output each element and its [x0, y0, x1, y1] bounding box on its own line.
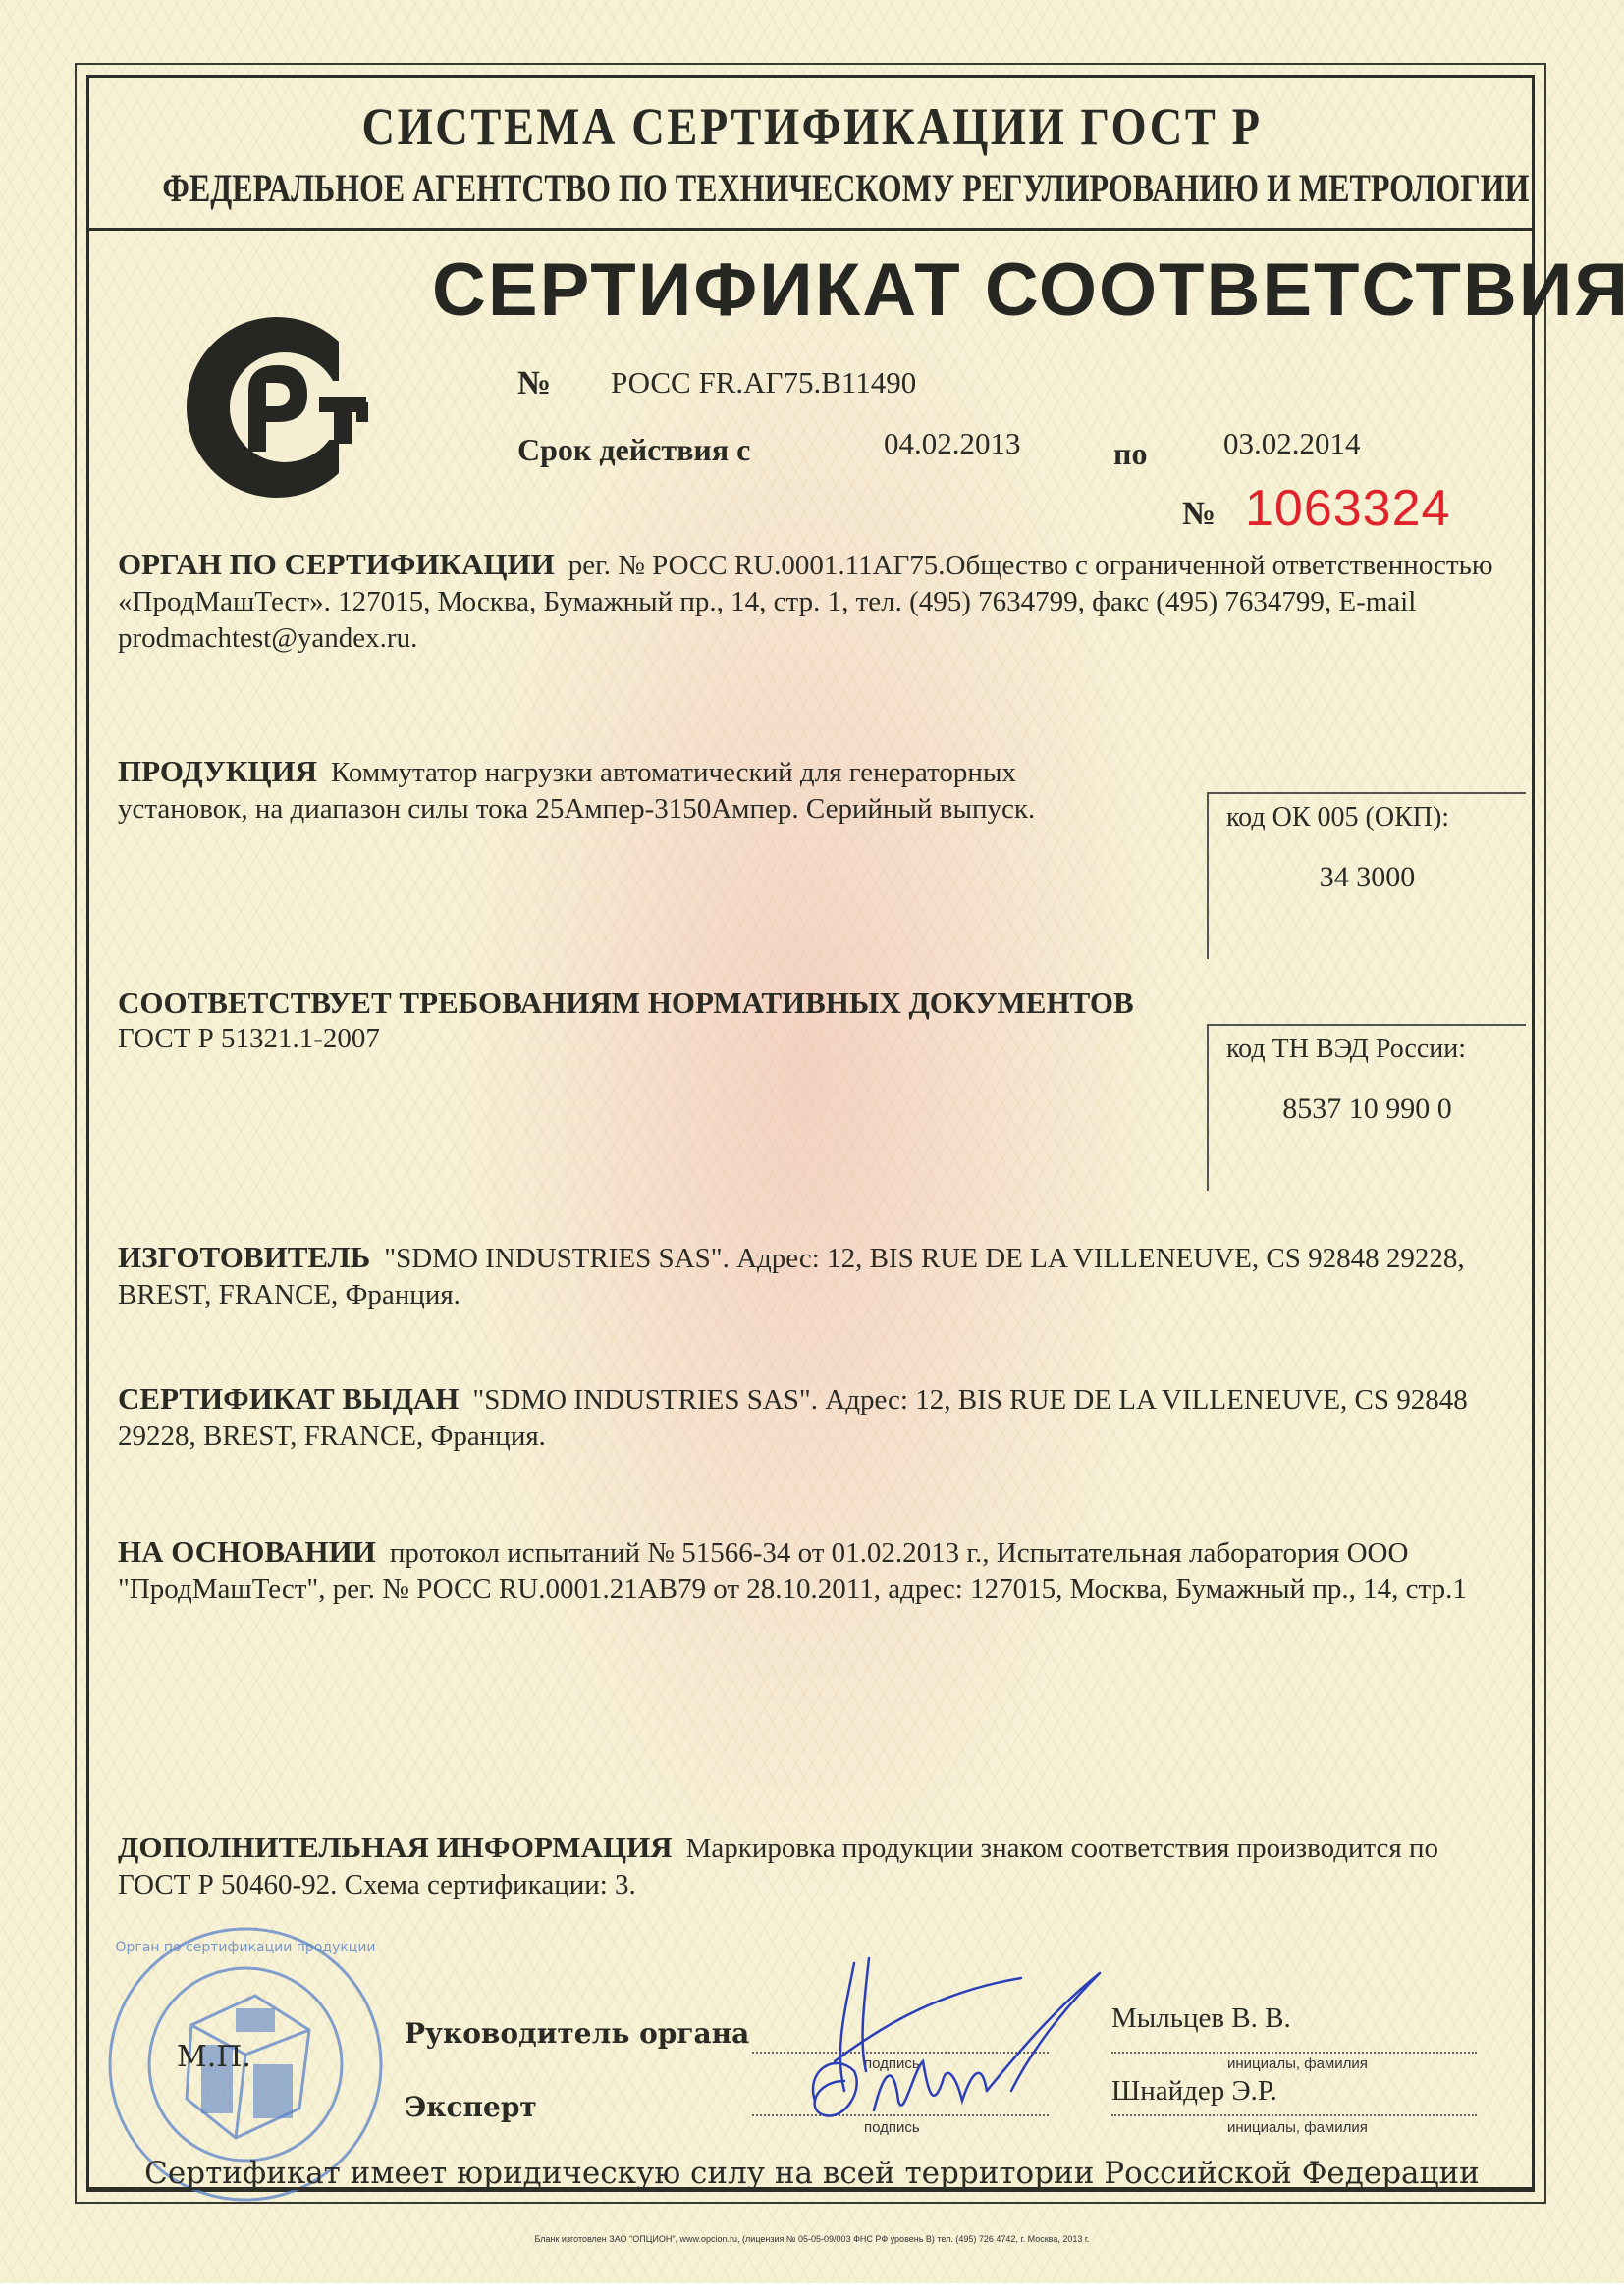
valid-to-label: по	[1113, 436, 1147, 472]
tnved-value: 8537 10 990 0	[1209, 1093, 1526, 1126]
expert-label: Эксперт	[405, 2091, 537, 2123]
expert-name-caption: инициалы, фамилия	[1227, 2119, 1368, 2136]
okp-label: код ОК 005 (ОКП):	[1226, 802, 1449, 833]
section-text-line1: Коммутатор нагрузки автоматический для г…	[331, 757, 1016, 788]
system-title: СИСТЕМА СЕРТИФИКАЦИИ ГОСТ Р	[114, 96, 1510, 157]
scan-edge	[0, 2283, 1624, 2296]
head-name-caption: инициалы, фамилия	[1227, 2056, 1368, 2072]
section-heading: ОРГАН ПО СЕРТИФИКАЦИИ	[118, 547, 555, 581]
additional-info-section: ДОПОЛНИТЕЛЬНАЯ ИНФОРМАЦИЯМаркировка прод…	[118, 1829, 1512, 1903]
serial-number: 1063324	[1245, 479, 1450, 538]
section-heading: ДОПОЛНИТЕЛЬНАЯ ИНФОРМАЦИЯ	[118, 1830, 673, 1864]
cert-number-label: №	[517, 365, 551, 402]
certification-body-section: ОРГАН ПО СЕРТИФИКАЦИИрег. № РОСС RU.0001…	[118, 546, 1512, 657]
section-heading: ИЗГОТОВИТЕЛЬ	[118, 1240, 370, 1274]
handwritten-signature-icon	[776, 1953, 1119, 2150]
section-heading: СООТВЕТСТВУЕТ ТРЕБОВАНИЯМ НОРМАТИВНЫХ ДО…	[118, 985, 1184, 1021]
header-divider	[86, 228, 1535, 231]
footer-divider	[86, 2187, 1535, 2190]
rst-mark-icon	[182, 304, 388, 510]
valid-to: 03.02.2014	[1223, 426, 1361, 461]
valid-from: 04.02.2013	[884, 426, 1021, 461]
head-label: Руководитель органа	[405, 2017, 749, 2050]
legal-notice: Сертификат имеет юридическую силу на все…	[0, 2156, 1624, 2191]
product-section: ПРОДУКЦИЯКоммутатор нагрузки автоматичес…	[118, 753, 1198, 828]
section-heading: СЕРТИФИКАТ ВЫДАН	[118, 1381, 459, 1415]
basis-section: НА ОСНОВАНИИпротокол испытаний № 51566-3…	[118, 1533, 1512, 1608]
printer-note: Бланк изготовлен ЗАО "ОПЦИОН", www.opcio…	[0, 2234, 1624, 2244]
issued-to-section: СЕРТИФИКАТ ВЫДАН"SDMO INDUSTRIES SAS". А…	[118, 1380, 1512, 1455]
compliance-section: СООТВЕТСТВУЕТ ТРЕБОВАНИЯМ НОРМАТИВНЫХ ДО…	[118, 985, 1198, 1057]
validity-label: Срок действия с	[517, 432, 750, 468]
document-title: СЕРТИФИКАТ СООТВЕТСТВИЯ	[432, 247, 1624, 333]
section-text-line2: установок, на диапазон силы тока 25Ампер…	[118, 791, 1198, 828]
section-text: ГОСТ Р 51321.1-2007	[118, 1021, 1198, 1057]
section-heading: ПРОДУКЦИЯ	[118, 754, 317, 788]
section-heading: НА ОСНОВАНИИ	[118, 1534, 376, 1569]
manufacturer-section: ИЗГОТОВИТЕЛЬ"SDMO INDUSTRIES SAS". Адрес…	[118, 1239, 1473, 1313]
expert-name-line	[1111, 2114, 1477, 2116]
okp-value: 34 3000	[1209, 861, 1526, 894]
tnved-code-box: код ТН ВЭД России: 8537 10 990 0	[1207, 1024, 1526, 1191]
head-name-line	[1111, 2052, 1477, 2054]
stamp-place-label: М.П.	[177, 2040, 251, 2074]
svg-text:Орган по сертификации продукци: Орган по сертификации продукции	[115, 1940, 375, 1955]
expert-name: Шнайдер Э.Р.	[1111, 2075, 1277, 2108]
tnved-label: код ТН ВЭД России:	[1226, 1034, 1466, 1065]
serial-label: №	[1182, 496, 1216, 533]
okp-code-box: код ОК 005 (ОКП): 34 3000	[1207, 792, 1526, 959]
agency-name: ФЕДЕРАЛЬНОЕ АГЕНТСТВО ПО ТЕХНИЧЕСКОМУ РЕ…	[162, 165, 1461, 211]
cert-number: РОСС FR.АГ75.В11490	[611, 365, 916, 400]
head-name: Мыльцев В. В.	[1111, 2002, 1291, 2035]
